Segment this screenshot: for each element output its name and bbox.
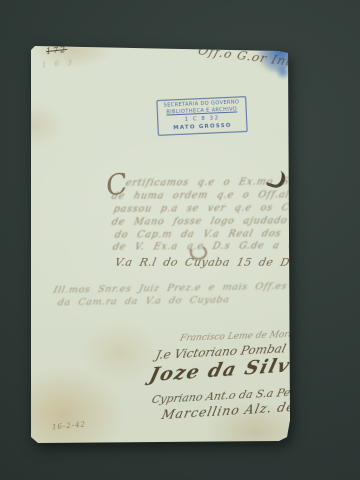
stamp-line-4: MATO GROSSO [173,122,232,133]
body-line: passou p.a se ver q.e os Caminhos desta [112,202,360,215]
document-paper-wrap: 172 1 6 3 Off.o G.or Int.o SECRETARIA DO… [0,0,360,480]
addressee-line-1: Ill.mos Snr.es Juiz Prez.e e mais Off.es [52,281,288,296]
body-line: de V. Ex.a q.e D.s G.de a m.tos an.s [111,240,352,253]
manuscript-paper: 172 1 6 3 Off.o G.or Int.o SECRETARIA DO… [0,0,360,480]
docket-heading-cursive: Off.o G.or Int.o [196,44,307,71]
dateline: V.a R.l do Cuyaba 15 de Dez.ro de 1820 [114,256,360,269]
addressee-line-2: da Cam.ra da V.a do Cuyaba [56,295,230,309]
photo-background: 172 1 6 3 Off.o G.or Int.o SECRETARIA DO… [0,0,360,480]
body-line: ertificamos q.e o Ex.mo Snr. fez fiar [124,176,360,189]
archive-stamp: SECRETARIA DO GOVERNO BIBLIOTHECA E ARCH… [156,96,247,136]
body-line: do Cap.m da V.a Real dos Cuj.os [113,228,326,241]
pencil-annotation-top: 1 6 3 [42,59,75,69]
pencil-annotation-bottom: 16-2-42 [52,421,87,432]
body-line: de Mano fosse logo ajudado a concluir [110,215,358,228]
archival-number-ink: 172 [46,45,68,56]
body-line: de huma ordem q.e o Off.al desta V.a lhe [110,189,360,202]
